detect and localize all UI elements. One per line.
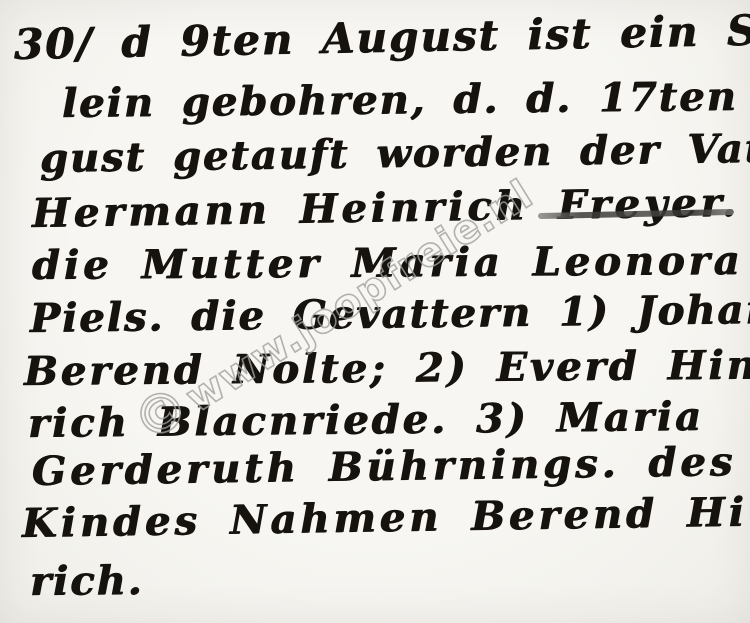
handwriting-line-2: lein gebohren, d. d. 17ten Au [62, 74, 750, 126]
handwriting-line-5: die Mutter Maria Leonora [32, 239, 744, 288]
handwriting-line-6: Piels. die Gevattern 1) Johañ [30, 288, 750, 341]
handwriting-line-1: 30/ d 9ten August ist ein Söhn [14, 6, 750, 68]
handwriting-line-11: rich. [30, 559, 144, 604]
handwriting-line-10: Kindes Nahmen Berend Hin [22, 490, 750, 546]
handwriting-line-4: Hermann Heinrich Freyer. [32, 181, 741, 236]
handwriting-line-9: Gerderuth Bührnings. des [32, 440, 737, 494]
scanned-document-page: 30/ d 9ten August ist ein Söhn lein gebo… [0, 0, 750, 623]
handwriting-line-3: gust getauft worden der Vater [40, 126, 750, 181]
handwriting-line-8: rich Blacnriede. 3) Maria [28, 395, 704, 446]
handwriting-line-7: Berend Nolte; 2) Everd Hin [24, 344, 750, 394]
